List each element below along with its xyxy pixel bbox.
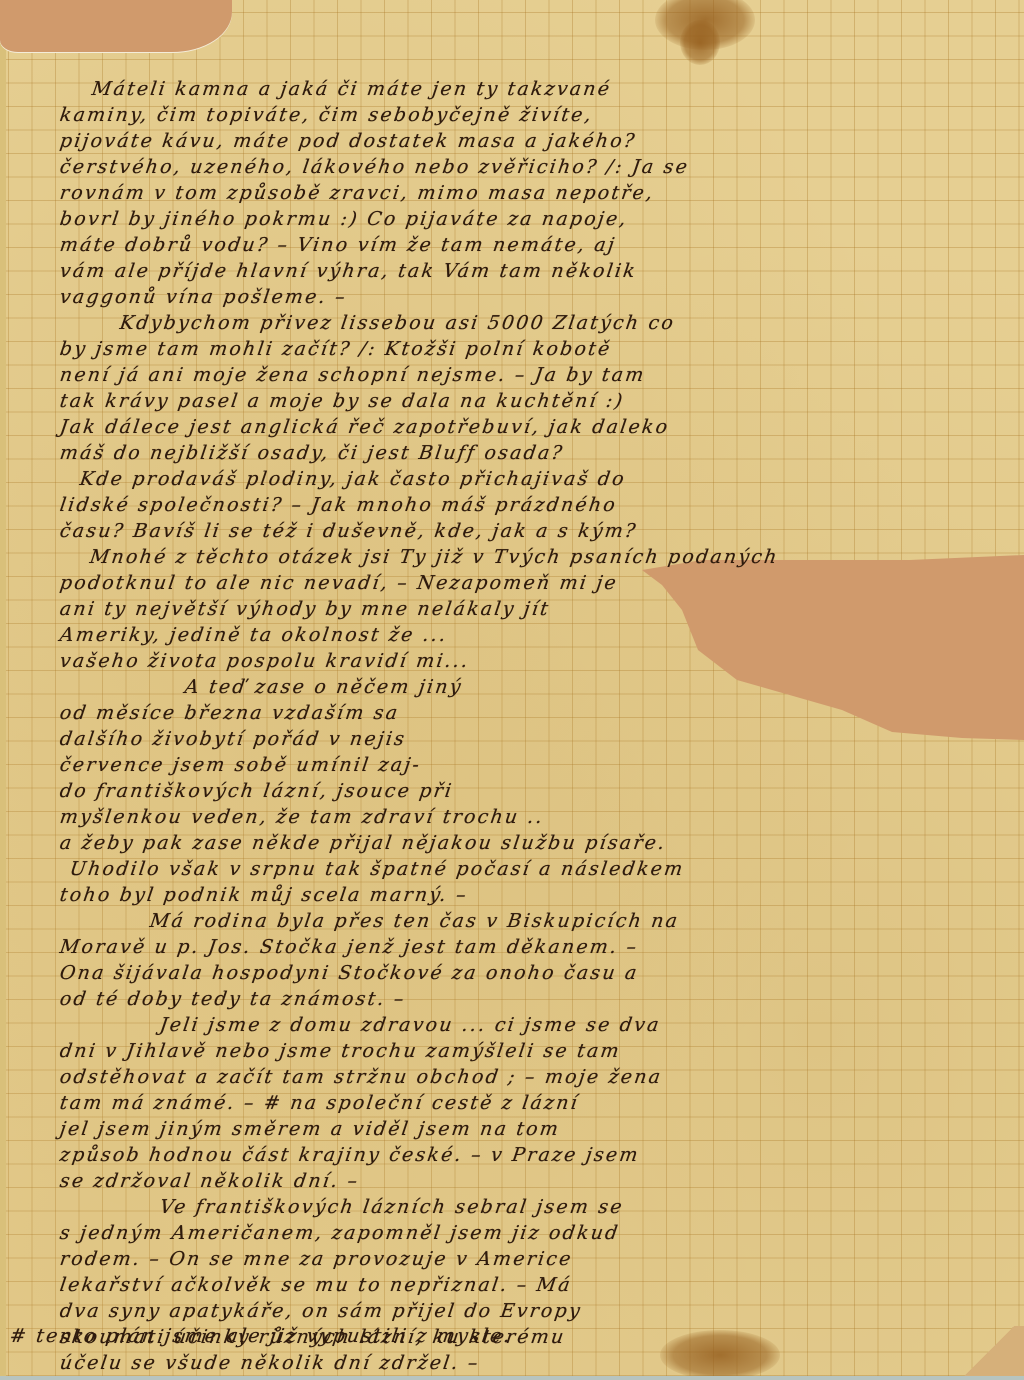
handwritten-line: ani ty největší výhody by mne nelákaly j… <box>58 598 551 620</box>
handwritten-line: Jeli jsme z domu zdravou ... ci jsme se … <box>158 1014 662 1036</box>
handwritten-line: Jak dálece jest anglická řeč zapotřebuví… <box>58 416 670 438</box>
handwritten-line: se zdržoval několik dní. – <box>58 1170 360 1192</box>
handwritten-line: tak krávy pasel a moje by se dala na kuc… <box>58 390 625 412</box>
handwritten-line: Moravě u p. Jos. Stočka jenž jest tam dě… <box>58 936 639 958</box>
handwritten-line: bovrl by jiného pokrmu :) Co pijaváte za… <box>58 208 629 230</box>
handwritten-line: účelu se všude několik dní zdržel. – <box>58 1352 481 1374</box>
handwritten-line: vám ale příjde hlavní výhra, tak Vám tam… <box>58 260 638 282</box>
handwritten-line: rodem. – On se mne za provozuje v Americ… <box>58 1248 574 1270</box>
handwritten-line: dni v Jihlavě nebo jsme trochu zamýšleli… <box>58 1040 622 1062</box>
handwritten-line: podotknul to ale nic nevadí, – Nezapomeň… <box>58 572 619 594</box>
handwritten-line: máš do nejbližší osady, či jest Bluff os… <box>58 442 565 464</box>
handwritten-line: jel jsem jiným směrem a viděl jsem na to… <box>58 1118 561 1140</box>
handwritten-line: Ona šijávala hospodyni Stočkové za onoho… <box>58 962 640 984</box>
handwritten-line: Má rodina byla přes ten čas v Biskupicíc… <box>148 910 680 932</box>
handwritten-line: lidské společnosti? – Jak mnoho máš práz… <box>58 494 618 516</box>
handwritten-line: dva syny apatykáře, on sám přijel do Evr… <box>58 1300 583 1322</box>
handwritten-line: dalšího živobytí pořád v nejis <box>58 728 407 750</box>
handwritten-line: tam má známé. – # na společní cestě z lá… <box>58 1092 580 1114</box>
handwritten-line: čerstvého, uzeného, lákového nebo zvěřic… <box>58 156 690 178</box>
handwritten-line: s jedným Američanem, zapomněl jsem jiz o… <box>58 1222 621 1244</box>
handwritten-line: lekařství ačkolvěk se mu to nepřiznal. –… <box>58 1274 573 1296</box>
handwritten-line: máte dobrů vodu? – Vino vím že tam nemát… <box>58 234 617 256</box>
handwritten-text-body: Máteli kamna a jaká či máte jen ty takzv… <box>0 0 1024 1380</box>
handwritten-line: Kde prodaváš plodiny, jak často přichaji… <box>78 468 627 490</box>
footnote-text: # tento plán jsme ale již vypustili z my… <box>8 1325 513 1347</box>
handwritten-line: a žeby pak zase někde přijal nějakou slu… <box>58 832 667 854</box>
handwritten-line: Ve františkových lázních sebral jsem se <box>158 1196 625 1218</box>
handwritten-line: času? Bavíš li se též i duševně, kde, ja… <box>58 520 639 542</box>
handwritten-line: Uhodilo však v srpnu tak špatné počasí a… <box>68 858 686 880</box>
handwritten-line: července jsem sobě umínil zaj- <box>58 754 422 776</box>
handwritten-line: odstěhovat a začít tam stržnu obchod ; –… <box>58 1066 663 1088</box>
handwritten-line: vašeho života pospolu kravidí mi... <box>58 650 471 672</box>
handwritten-line: není já ani moje žena schopní nejsme. – … <box>58 364 647 386</box>
handwritten-line: Máteli kamna a jaká či máte jen ty takzv… <box>90 78 612 100</box>
handwritten-line: od té doby tedy ta známost. – <box>58 988 407 1010</box>
handwritten-line: A teď zase o něčem jiný <box>183 676 464 698</box>
handwritten-line: pijováte kávu, máte pod dostatek masa a … <box>58 130 637 152</box>
handwritten-line: do františkových lázní, jsouce při <box>58 780 454 802</box>
handwritten-line: vaggonů vína pošleme. – <box>58 286 348 308</box>
handwritten-line: myšlenkou veden, že tam zdraví trochu .. <box>58 806 545 828</box>
handwritten-line: Mnohé z těchto otázek jsi Ty již v Tvých… <box>88 546 780 568</box>
handwritten-line: od měsíce března vzdaším sa <box>58 702 400 724</box>
handwritten-line: by jsme tam mohli začít? /: Ktožši polní… <box>58 338 613 360</box>
handwritten-line: toho byl podnik můj scela marný. – <box>58 884 469 906</box>
handwritten-line: rovnám v tom způsobě zravci, mimo masa n… <box>58 182 655 204</box>
handwritten-line: Kdybychom přivez lissebou asi 5000 Zlatý… <box>118 312 676 334</box>
handwritten-line: kaminy, čim topiváte, čim sebobyčejně ži… <box>58 104 594 126</box>
handwritten-line: Ameriky, jedině ta okolnost že ... <box>58 624 449 646</box>
handwritten-line: způsob hodnou část krajiny české. – v Pr… <box>58 1144 641 1166</box>
